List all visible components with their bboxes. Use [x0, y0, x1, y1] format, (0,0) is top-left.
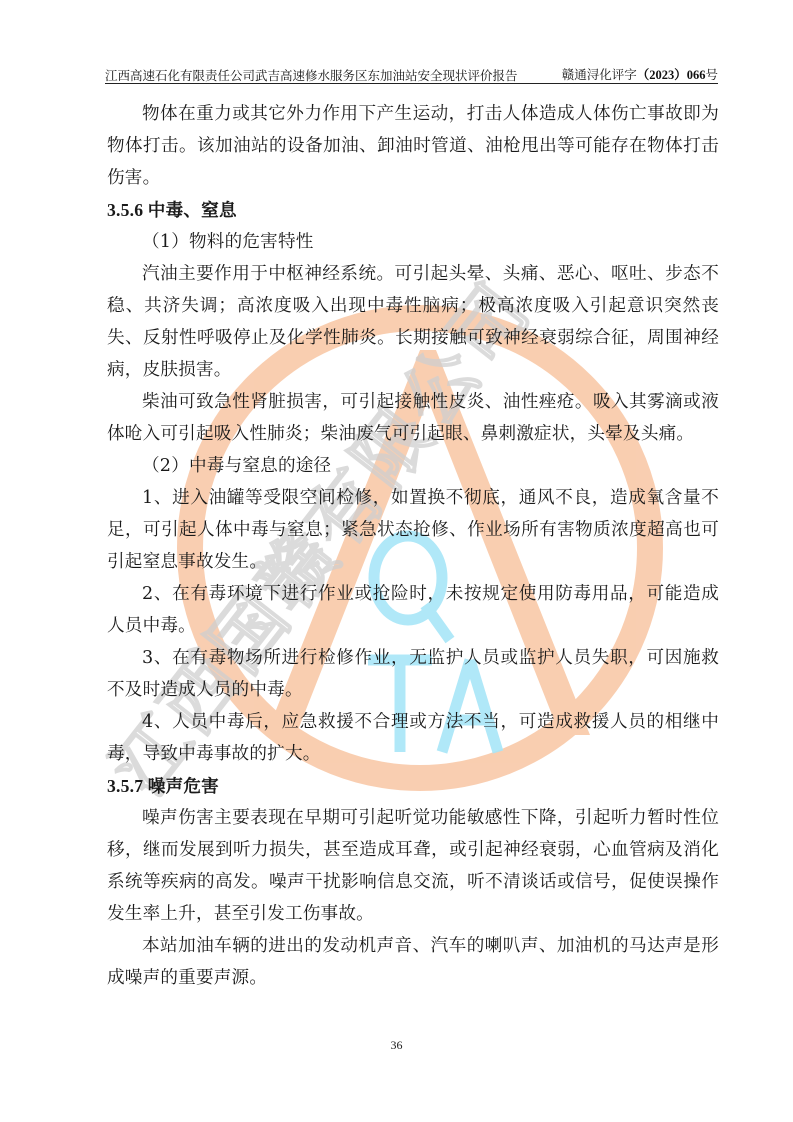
- subheading-poisoning-routes: （2）中毒与窒息的途径: [107, 450, 719, 482]
- paragraph-diesel: 柴油可致急性肾脏损害，可引起接触性皮炎、油性痤疮。吸入其雾滴或液体呛入可引起吸入…: [107, 386, 719, 450]
- section-heading-poisoning: 3.5.6 中毒、窒息: [107, 194, 719, 226]
- paragraph-noise-effects: 噪声伤害主要表现在早期可引起听觉功能敏感性下降，引起听力暂时性位移，继而发展到听…: [107, 802, 719, 930]
- document-page: 江西高速石化有限责任公司武吉高速修水服务区东加油站安全现状评价报告 赣通浔化评字…: [0, 0, 793, 1122]
- list-item-route-2: 2、在有毒环境下进行作业或抢险时，未按规定使用防毒用品，可能造成人员中毒。: [107, 578, 719, 642]
- page-header: 江西高速石化有限责任公司武吉高速修水服务区东加油站安全现状评价报告 赣通浔化评字…: [105, 66, 718, 84]
- document-body: 物体在重力或其它外力作用下产生运动，打击人体造成人体伤亡事故即为物体打击。该加油…: [107, 98, 719, 994]
- page-number: 36: [0, 1038, 793, 1053]
- list-item-route-3: 3、在有毒物场所进行检修作业，无监护人员或监护人员失职，可因施救不及时造成人员的…: [107, 642, 719, 706]
- paragraph-object-strike: 物体在重力或其它外力作用下产生运动，打击人体造成人体伤亡事故即为物体打击。该加油…: [107, 98, 719, 194]
- subheading-material-hazards: （1）物料的危害特性: [107, 226, 719, 258]
- paragraph-gasoline: 汽油主要作用于中枢神经系统。可引起头晕、头痛、恶心、呕吐、步态不稳、共济失调；高…: [107, 258, 719, 386]
- list-item-route-1: 1、进入油罐等受限空间检修，如置换不彻底，通风不良，造成氧含量不足，可引起人体中…: [107, 482, 719, 578]
- document-code: 赣通浔化评字（2023）066号: [562, 67, 718, 83]
- section-heading-noise: 3.5.7 噪声危害: [107, 770, 719, 802]
- list-item-route-4: 4、人员中毒后，应急救援不合理或方法不当，可造成救援人员的相继中毒，导致中毒事故…: [107, 706, 719, 770]
- paragraph-noise-sources: 本站加油车辆的进出的发动机声音、汽车的喇叭声、加油机的马达声是形成噪声的重要声源…: [107, 930, 719, 994]
- report-title: 江西高速石化有限责任公司武吉高速修水服务区东加油站安全现状评价报告: [105, 68, 518, 83]
